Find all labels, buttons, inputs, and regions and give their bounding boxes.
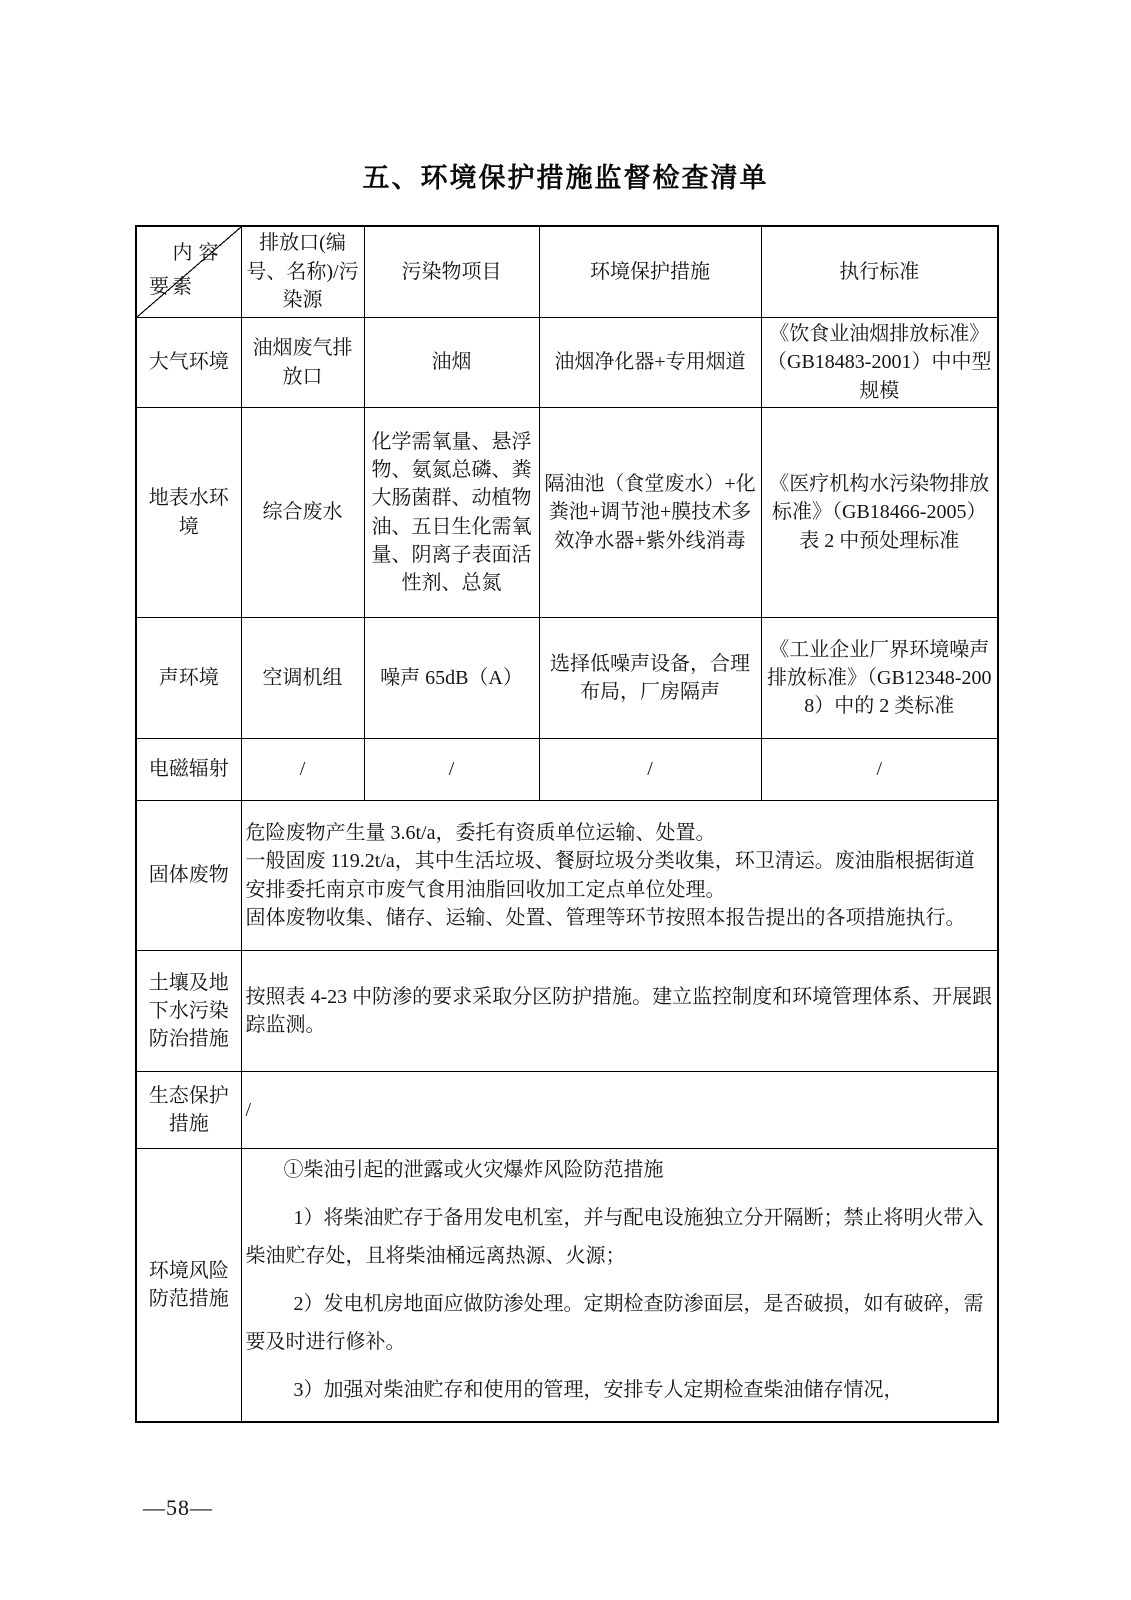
row-label-surface-water: 地表水环境 (136, 408, 241, 618)
row-label-risk-prevention: 环境风险防范措施 (136, 1149, 241, 1423)
table-row-ecology: 生态保护措施 / (136, 1072, 998, 1149)
cell-water-outlet: 综合废水 (241, 408, 364, 618)
cell-water-measures: 隔油池（食堂废水）+化粪池+调节池+膜技术多效净水器+紫外线消毒 (539, 408, 761, 618)
table-row-electromagnetic: 电磁辐射 / / / / (136, 739, 998, 801)
column-header-pollutant: 污染物项目 (364, 226, 539, 318)
column-header-standard: 执行标准 (761, 226, 998, 318)
page-number: —58— (143, 1495, 213, 1521)
table-row-noise: 声环境 空调机组 噪声 65dB（A） 选择低噪声设备，合理布局，厂房隔声 《工… (136, 618, 998, 739)
cell-water-pollutant: 化学需氧量、悬浮物、氨氮总磷、粪大肠菌群、动植物油、五日生化需氧量、阴离子表面活… (364, 408, 539, 618)
cell-noise-outlet: 空调机组 (241, 618, 364, 739)
solid-waste-line: 危险废物产生量 3.6t/a，委托有资质单位运输、处置。 (246, 819, 994, 847)
checklist-table: 内容 要素 排放口(编号、名称)/污染源 污染物项目 环境保护措施 执行标准 大… (135, 225, 999, 1423)
table-corner-cell: 内容 要素 (136, 226, 241, 318)
solid-waste-line: 一般固废 119.2t/a，其中生活垃圾、餐厨垃圾分类收集，环卫清运。废油脂根据… (246, 847, 994, 904)
page-title: 五、环境保护措施监督检查清单 (0, 156, 1131, 195)
table-header-row: 内容 要素 排放口(编号、名称)/污染源 污染物项目 环境保护措施 执行标准 (136, 226, 998, 318)
risk-paragraph: 2）发电机房地面应做防渗处理。定期检查防渗面层，是否破损，如有破碎，需要及时进行… (246, 1285, 994, 1361)
cell-risk-prevention-content: ①柴油引起的泄露或火灾爆炸风险防范措施 1）将柴油贮存于备用发电机室，并与配电设… (241, 1149, 998, 1423)
cell-em-outlet: / (241, 739, 364, 801)
cell-soil-groundwater-content: 按照表 4-23 中防渗的要求采取分区防护措施。建立监控制度和环境管理体系、开展… (241, 951, 998, 1072)
column-header-measures: 环境保护措施 (539, 226, 761, 318)
cell-noise-pollutant: 噪声 65dB（A） (364, 618, 539, 739)
corner-label-element: 要素 (149, 273, 195, 301)
cell-noise-standard: 《工业企业厂界环境噪声排放标准》（GB12348-2008）中的 2 类标准 (761, 618, 998, 739)
cell-water-standard: 《医疗机构水污染物排放标准》（GB18466-2005）表 2 中预处理标准 (761, 408, 998, 618)
row-label-ecology: 生态保护措施 (136, 1072, 241, 1149)
cell-air-pollutant: 油烟 (364, 318, 539, 408)
risk-paragraph: 3）加强对柴油贮存和使用的管理，安排专人定期检查柴油储存情况， (246, 1371, 994, 1409)
cell-em-measures: / (539, 739, 761, 801)
row-label-soil-groundwater: 土壤及地下水污染防治措施 (136, 951, 241, 1072)
document-page: 五、环境保护措施监督检查清单 内容 要素 排放口(编号、名称)/污染源 污染物项… (0, 0, 1131, 1600)
cell-air-outlet: 油烟废气排放口 (241, 318, 364, 408)
row-label-solid-waste: 固体废物 (136, 801, 241, 951)
risk-paragraph: 1）将柴油贮存于备用发电机室，并与配电设施独立分开隔断；禁止将明火带入柴油贮存处… (246, 1199, 994, 1275)
row-label-electromagnetic: 电磁辐射 (136, 739, 241, 801)
table-row-risk-prevention: 环境风险防范措施 ①柴油引起的泄露或火灾爆炸风险防范措施 1）将柴油贮存于备用发… (136, 1149, 998, 1423)
cell-em-pollutant: / (364, 739, 539, 801)
corner-cell-inner: 内容 要素 (141, 229, 237, 315)
solid-waste-line: 固体废物收集、储存、运输、处置、管理等环节按照本报告提出的各项措施执行。 (246, 904, 994, 932)
column-header-outlet: 排放口(编号、名称)/污染源 (241, 226, 364, 318)
cell-noise-measures: 选择低噪声设备，合理布局，厂房隔声 (539, 618, 761, 739)
cell-air-standard: 《饮食业油烟排放标准》（GB18483-2001）中中型规模 (761, 318, 998, 408)
corner-label-content: 内容 (173, 239, 225, 267)
table-row-surface-water: 地表水环境 综合废水 化学需氧量、悬浮物、氨氮总磷、粪大肠菌群、动植物油、五日生… (136, 408, 998, 618)
row-label-air: 大气环境 (136, 318, 241, 408)
cell-ecology-content: / (241, 1072, 998, 1149)
cell-em-standard: / (761, 739, 998, 801)
table-row-solid-waste: 固体废物 危险废物产生量 3.6t/a，委托有资质单位运输、处置。 一般固废 1… (136, 801, 998, 951)
table-row-soil-groundwater: 土壤及地下水污染防治措施 按照表 4-23 中防渗的要求采取分区防护措施。建立监… (136, 951, 998, 1072)
table-row-air: 大气环境 油烟废气排放口 油烟 油烟净化器+专用烟道 《饮食业油烟排放标准》（G… (136, 318, 998, 408)
risk-paragraph: ①柴油引起的泄露或火灾爆炸风险防范措施 (246, 1151, 994, 1189)
cell-solid-waste-content: 危险废物产生量 3.6t/a，委托有资质单位运输、处置。 一般固废 119.2t… (241, 801, 998, 951)
cell-air-measures: 油烟净化器+专用烟道 (539, 318, 761, 408)
row-label-noise: 声环境 (136, 618, 241, 739)
